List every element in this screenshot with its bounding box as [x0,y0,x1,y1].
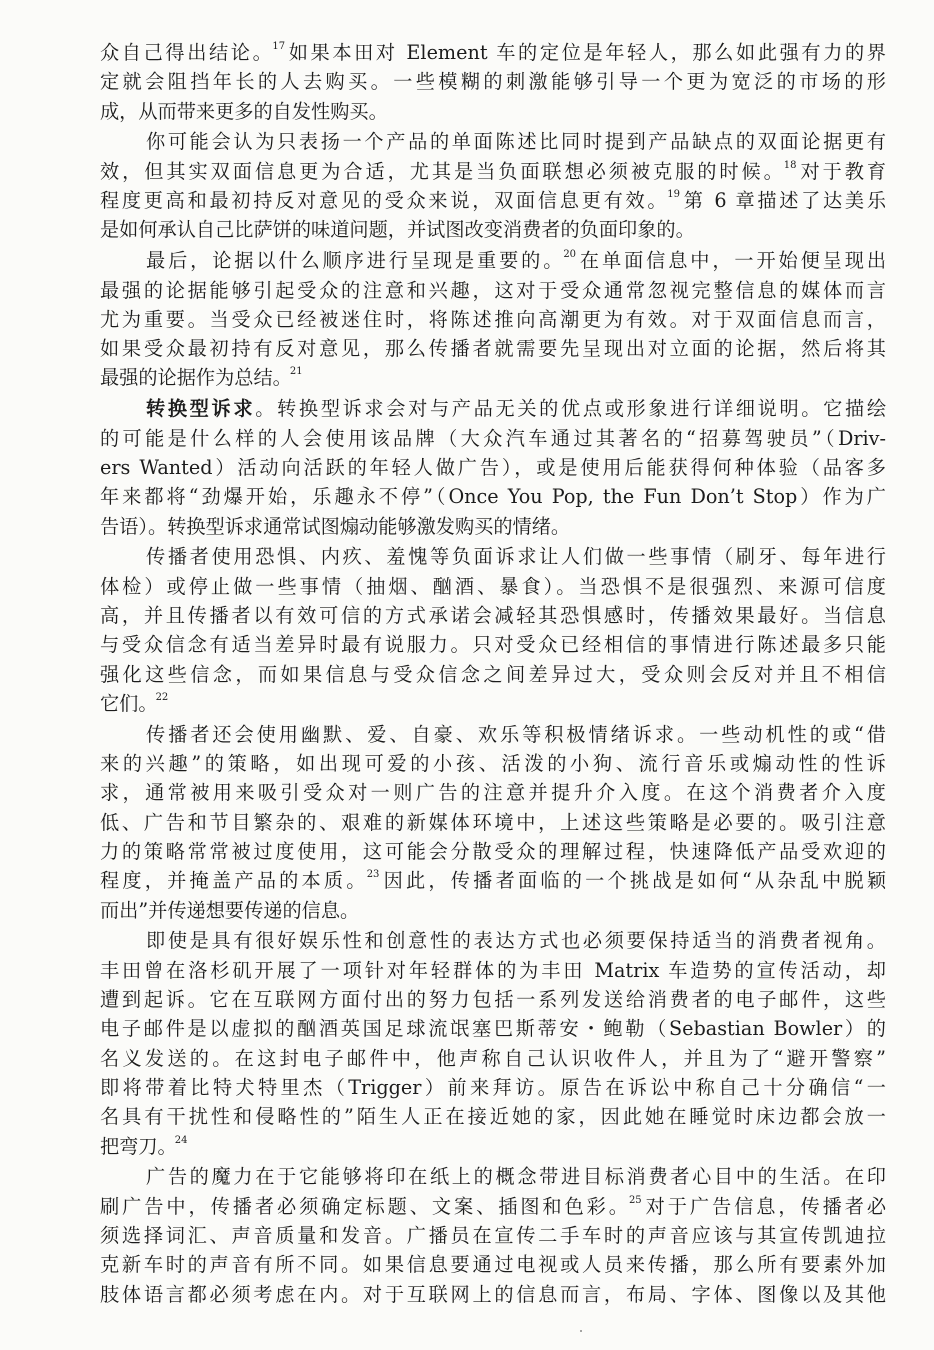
text-line: 即使是具有很好娱乐性和创意性的表达方式也必须要保持适当的消费者视角。 [100,926,886,955]
text-line: 遭到起诉。它在互联网方面付出的努力包括一系列发送给消费者的电子邮件，这些 [100,985,886,1014]
paragraph-p3: 最后，论据以什么顺序进行呈现是重要的。20在单面信息中，一开始便呈现出最强的论据… [100,246,886,392]
text-run: 众自己得出结论。 [100,41,274,64]
text-run: 把弯刀。 [100,1135,177,1158]
text-run: 尤为重要。当受众已经被迷住时，将陈述推向高潮更为有效。对于双面信息而言， [100,308,886,331]
section-heading: 转换型诉求 [146,397,255,420]
text-line: 如果受众最初持有反对意见，那么传播者就需要先呈现出对立面的论据，然后将其 [100,334,886,363]
footnote-marker: 19 [667,189,680,200]
text-run: 最强的论据作为总结。 [100,366,292,389]
text-line: 转换型诉求。转换型诉求会对与产品无关的优点或形象进行详细说明。它描绘 [100,394,886,423]
text-run: 高，并且传播者以有效可信的方式承诺会减轻其恐惧感时，传播效果最好。当信息 [100,604,886,627]
text-line: 刷广告中，传播者必须确定标题、文案、插图和色彩。25对于广告信息，传播者必 [100,1192,886,1221]
text-run: 在单面信息中，一开始便呈现出 [577,249,886,272]
text-line: 定就会阻挡年长的人去购买。一些模糊的刺激能够引导一个更为宽泛的市场的形 [100,67,886,96]
text-run: 广告的魔力在于它能够将印在纸上的概念带进目标消费者心目中的生活。在印 [146,1165,886,1188]
text-run: 低、广告和节目繁杂的、艰难的新媒体环境中，上述这些策略是必要的。吸引注意 [100,811,886,834]
text-line: 最后，论据以什么顺序进行呈现是重要的。20在单面信息中，一开始便呈现出 [100,246,886,275]
text-run: 年来都将“劲爆开始，乐趣永不停”（Once You Pop, the Fun D… [100,485,886,508]
text-run: 定就会阻挡年长的人去购买。一些模糊的刺激能够引导一个更为宽泛的市场的形 [100,70,886,93]
text-run: 体检）或停止做一些事情（抽烟、酗酒、暴食）。当恐惧不是很强烈、来源可信度 [100,575,886,598]
paragraph-p7: 即使是具有很好娱乐性和创意性的表达方式也必须要保持适当的消费者视角。丰田曾在洛杉… [100,926,886,1160]
text-line: 力的策略常常被过度使用，这可能会分散受众的理解过程，快速降低产品受欢迎的 [100,837,886,866]
paragraph-p1: 众自己得出结论。17如果本田对 Element 车的定位是年轻人，那么如此强有力… [100,38,886,126]
text-line: 成，从而带来更多的自发性购买。 [100,97,886,126]
paragraph-p8: 广告的魔力在于它能够将印在纸上的概念带进目标消费者心目中的生活。在印刷广告中，传… [100,1162,886,1308]
footnote-marker: 18 [784,160,797,171]
text-line: 尤为重要。当受众已经被迷住时，将陈述推向高潮更为有效。对于双面信息而言， [100,305,886,334]
paragraph-p5: 传播者使用恐惧、内疚、羞愧等负面诉求让人们做一些事情（刷牙、每年进行体检）或停止… [100,542,886,718]
text-line: 效，但其实双面信息更为合适，尤其是当负面联想必须被克服的时候。18对于教育 [100,157,886,186]
scan-speck [580,1330,582,1332]
text-run: 须选择词汇、声音质量和发音。广播员在宣传二手车时的声音应该与其宣传凯迪拉 [100,1224,886,1247]
text-line: 丰田曾在洛杉矶开展了一项针对年轻群体的为丰田 Matrix 车造势的宣传活动，却 [100,956,886,985]
footnote-marker: 24 [175,1135,188,1146]
text-run: 它们。 [100,692,158,715]
text-run: 告语）。转换型诉求通常试图煽动能够激发购买的情绪。 [100,515,570,538]
text-line: 是如何承认自己比萨饼的味道问题，并试图改变消费者的负面印象的。 [100,215,886,244]
text-line: 你可能会认为只表扬一个产品的单面陈述比同时提到产品缺点的双面论据更有 [100,127,886,156]
text-run: 传播者使用恐惧、内疚、羞愧等负面诉求让人们做一些事情（刷牙、每年进行 [146,545,886,568]
text-line: 而出”并传递想要传递的信息。 [100,896,886,925]
text-run: 而出”并传递想要传递的信息。 [100,899,359,922]
text-run: 克新车时的声音有所不同。如果信息要通过电视或人员来传播，那么所有要素外加 [100,1253,886,1276]
text-run: 程度更高和最初持反对意见的受众来说，双面信息更有效。 [100,189,669,212]
text-line: 把弯刀。24 [100,1132,886,1161]
text-run: 丰田曾在洛杉矶开展了一项针对年轻群体的为丰田 Matrix 车造势的宣传活动，却 [100,959,886,982]
text-line: 的可能是什么样的人会使用该品牌（大众汽车通过其著名的“招募驾驶员”（Driv- [100,424,886,453]
text-line: 它们。22 [100,689,886,718]
text-run: 的可能是什么样的人会使用该品牌（大众汽车通过其著名的“招募驾驶员”（Driv- [100,427,886,450]
text-run: 是如何承认自己比萨饼的味道问题，并试图改变消费者的负面印象的。 [100,218,695,241]
paragraph-p4: 转换型诉求。转换型诉求会对与产品无关的优点或形象进行详细说明。它描绘的可能是什么… [100,394,886,540]
footnote-marker: 23 [367,869,380,880]
text-line: 须选择词汇、声音质量和发音。广播员在宣传二手车时的声音应该与其宣传凯迪拉 [100,1221,886,1250]
footnote-marker: 20 [563,249,576,260]
footnote-marker: 17 [272,41,285,52]
text-line: 年来都将“劲爆开始，乐趣永不停”（Once You Pop, the Fun D… [100,482,886,511]
text-line: 传播者使用恐惧、内疚、羞愧等负面诉求让人们做一些事情（刷牙、每年进行 [100,542,886,571]
text-run: 强化这些信念，而如果信息与受众信念之间差异过大，受众则会反对并且不相信 [100,663,886,686]
text-run: 最强的论据能够引起受众的注意和兴趣，这对于受众通常忽视完整信息的媒体而言 [100,279,886,302]
paragraph-p2: 你可能会认为只表扬一个产品的单面陈述比同时提到产品缺点的双面论据更有效，但其实双… [100,127,886,244]
text-run: 第 6 章描述了达美乐 [681,189,886,212]
text-run: 效，但其实双面信息更为合适，尤其是当负面联想必须被克服的时候。 [100,160,786,183]
text-line: 高，并且传播者以有效可信的方式承诺会减轻其恐惧感时，传播效果最好。当信息 [100,601,886,630]
text-run: 求，通常被用来吸引受众对一则广告的注意并提升介入度。在这个消费者介入度 [100,781,886,804]
paragraph-p6: 传播者还会使用幽默、爱、自豪、欢乐等积极情绪诉求。一些动机性的或“借来的兴趣”的… [100,720,886,925]
text-run: 力的策略常常被过度使用，这可能会分散受众的理解过程，快速降低产品受欢迎的 [100,840,886,863]
text-run: 对于广告信息，传播者必 [643,1195,886,1218]
text-line: 克新车时的声音有所不同。如果信息要通过电视或人员来传播，那么所有要素外加 [100,1250,886,1279]
text-line: 肢体语言都必须考虑在内。对于互联网上的信息而言，布局、字体、图像以及其他 [100,1280,886,1309]
text-run: 即使是具有很好娱乐性和创意性的表达方式也必须要保持适当的消费者视角。 [146,929,886,952]
text-run: 成，从而带来更多的自发性购买。 [100,100,388,123]
text-run: ers Wanted）活动向活跃的年轻人做广告），或是使用后能获得何种体验（品客… [100,456,886,479]
text-run: 如果本田对 Element 车的定位是年轻人，那么如此强有力的界 [286,41,886,64]
text-run: 你可能会认为只表扬一个产品的单面陈述比同时提到产品缺点的双面论据更有 [146,130,886,153]
text-line: 名义发送的。在这封电子邮件中，他声称自己认识收件人，并且为了“避开警察” [100,1044,886,1073]
text-run: 程度，并掩盖产品的本质。 [100,869,369,892]
text-line: 即将带着比特犬特里杰（Trigger）前来拜访。原告在诉讼中称自己十分确信“一 [100,1073,886,1102]
text-run: 传播者还会使用幽默、爱、自豪、欢乐等积极情绪诉求。一些动机性的或“借 [146,723,886,746]
text-line: 传播者还会使用幽默、爱、自豪、欢乐等积极情绪诉求。一些动机性的或“借 [100,720,886,749]
text-line: 程度更高和最初持反对意见的受众来说，双面信息更有效。19第 6 章描述了达美乐 [100,186,886,215]
text-line: 最强的论据能够引起受众的注意和兴趣，这对于受众通常忽视完整信息的媒体而言 [100,276,886,305]
text-line: 名具有干扰性和侵略性的”陌生人正在接近她的家，因此她在睡觉时床边都会放一 [100,1102,886,1131]
text-line: 告语）。转换型诉求通常试图煽动能够激发购买的情绪。 [100,512,886,541]
text-run: 。转换型诉求会对与产品无关的优点或形象进行详细说明。它描绘 [255,397,886,420]
footnote-marker: 25 [629,1195,642,1206]
text-run: 电子邮件是以虚拟的酗酒英国足球流氓塞巴斯蒂安・鲍勒（Sebastian Bowl… [100,1017,886,1040]
text-run: 对于教育 [798,160,886,183]
text-run: 即将带着比特犬特里杰（Trigger）前来拜访。原告在诉讼中称自己十分确信“一 [100,1076,886,1099]
footnote-marker: 22 [156,692,169,703]
text-line: 体检）或停止做一些事情（抽烟、酗酒、暴食）。当恐惧不是很强烈、来源可信度 [100,572,886,601]
text-run: 刷广告中，传播者必须确定标题、文案、插图和色彩。 [100,1195,631,1218]
text-run: 名义发送的。在这封电子邮件中，他声称自己认识收件人，并且为了“避开警察” [100,1047,886,1070]
text-line: 与受众信念有适当差异时最有说服力。只对受众已经相信的事情进行陈述最多只能 [100,630,886,659]
text-line: 求，通常被用来吸引受众对一则广告的注意并提升介入度。在这个消费者介入度 [100,778,886,807]
text-run: 名具有干扰性和侵略性的”陌生人正在接近她的家，因此她在睡觉时床边都会放一 [100,1105,886,1128]
text-line: 低、广告和节目繁杂的、艰难的新媒体环境中，上述这些策略是必要的。吸引注意 [100,808,886,837]
text-run: 来的兴趣”的策略，如出现可爱的小孩、活泼的小狗、流行音乐或煽动性的性诉 [100,752,886,775]
text-run: 最后，论据以什么顺序进行呈现是重要的。 [146,249,565,272]
text-run: 因此，传播者面临的一个挑战是如何“从杂乱中脱颖 [380,869,886,892]
text-line: ers Wanted）活动向活跃的年轻人做广告），或是使用后能获得何种体验（品客… [100,453,886,482]
text-line: 最强的论据作为总结。21 [100,363,886,392]
text-line: 广告的魔力在于它能够将印在纸上的概念带进目标消费者心目中的生活。在印 [100,1162,886,1191]
text-line: 电子邮件是以虚拟的酗酒英国足球流氓塞巴斯蒂安・鲍勒（Sebastian Bowl… [100,1014,886,1043]
text-line: 众自己得出结论。17如果本田对 Element 车的定位是年轻人，那么如此强有力… [100,38,886,67]
text-run: 与受众信念有适当差异时最有说服力。只对受众已经相信的事情进行陈述最多只能 [100,633,886,656]
book-page-body: 众自己得出结论。17如果本田对 Element 车的定位是年轻人，那么如此强有力… [100,38,886,1311]
text-run: 遭到起诉。它在互联网方面付出的努力包括一系列发送给消费者的电子邮件，这些 [100,988,886,1011]
text-line: 强化这些信念，而如果信息与受众信念之间差异过大，受众则会反对并且不相信 [100,660,886,689]
footnote-marker: 21 [290,366,303,377]
text-line: 来的兴趣”的策略，如出现可爱的小孩、活泼的小狗、流行音乐或煽动性的性诉 [100,749,886,778]
text-run: 肢体语言都必须考虑在内。对于互联网上的信息而言，布局、字体、图像以及其他 [100,1283,886,1306]
text-line: 程度，并掩盖产品的本质。23因此，传播者面临的一个挑战是如何“从杂乱中脱颖 [100,866,886,895]
text-run: 如果受众最初持有反对意见，那么传播者就需要先呈现出对立面的论据，然后将其 [100,337,886,360]
